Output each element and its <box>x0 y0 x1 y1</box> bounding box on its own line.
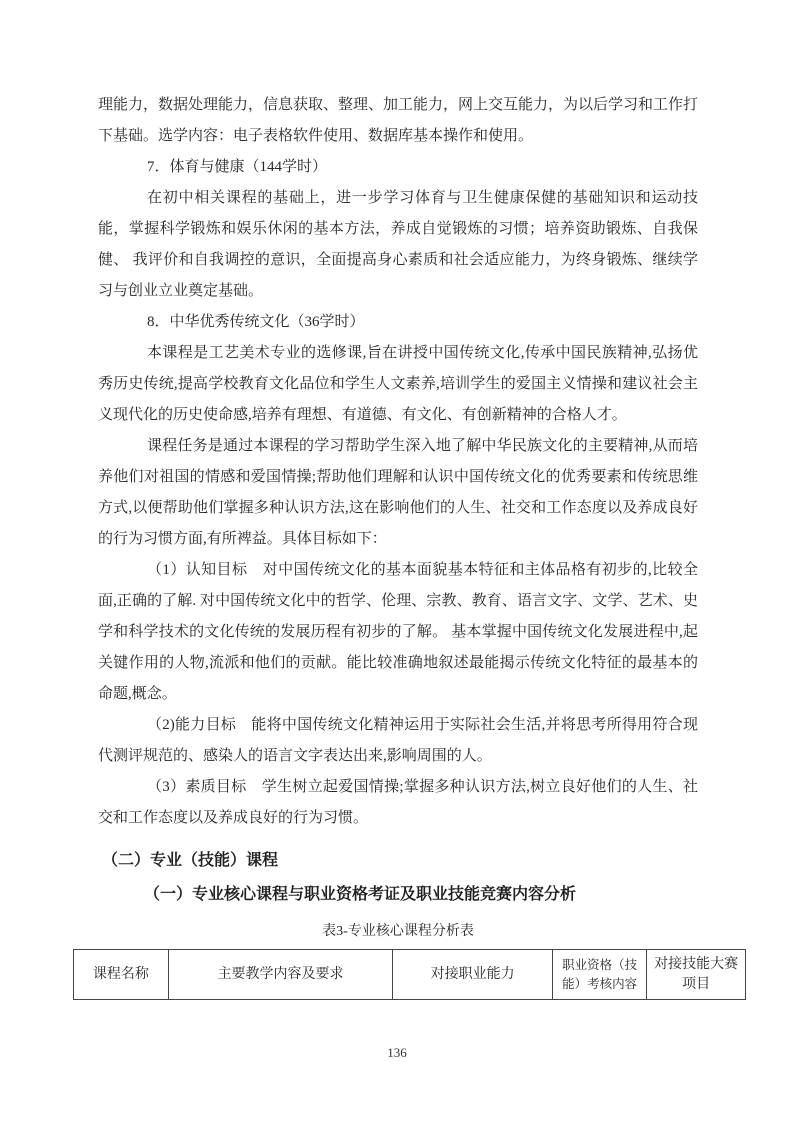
paragraph: 在初中相关课程的基础上，进一步学习体育与卫生健康保健的基础知识和运动技能，掌握科… <box>98 183 698 307</box>
page-number: 136 <box>0 1045 794 1061</box>
paragraph: 本课程是工艺美术专业的选修课,旨在讲授中国传统文化,传承中国民族精神,弘扬优秀历… <box>98 338 698 431</box>
course-item-8-title: 8．中华优秀传统文化（36学时） <box>98 307 698 338</box>
paragraph-goal-3: （3）素质目标 学生树立起爱国情操;掌握多种认识方法,树立良好他们的人生、社交和… <box>98 772 698 834</box>
course-item-7-title: 7．体育与健康（144学时） <box>98 152 698 183</box>
subsection-heading: （一）专业核心课程与职业资格考证及职业技能竞赛内容分析 <box>144 877 698 913</box>
core-course-analysis-table: 课程名称 主要教学内容及要求 对接职业能力 职业资格（技能）考核内容 对接技能大… <box>73 949 746 1000</box>
header-qualification-exam: 职业资格（技能）考核内容 <box>553 950 647 1000</box>
table-header-row: 课程名称 主要教学内容及要求 对接职业能力 职业资格（技能）考核内容 对接技能大… <box>74 950 746 1000</box>
header-teaching-content: 主要教学内容及要求 <box>168 950 392 1000</box>
header-vocational-ability: 对接职业能力 <box>393 950 553 1000</box>
paragraph-goal-2: （2)能力目标 能将中国传统文化精神运用于实际社会生活,并将思考所得用符合现代测… <box>98 710 698 772</box>
paragraph-goal-1: （1）认知目标 对中国传统文化的基本面貌基本特征和主体品格有初步的,比较全面,正… <box>98 555 698 710</box>
paragraph: 课程任务是通过本课程的学习帮助学生深入地了解中华民族文化的主要精神,从而培养他们… <box>98 431 698 555</box>
header-course-name: 课程名称 <box>74 950 169 1000</box>
table-caption: 表3-专业核心课程分析表 <box>98 917 698 947</box>
document-page: 理能力，数据处理能力，信息获取、整理、加工能力，网上交互能力，为以后学习和工作打… <box>0 0 794 1123</box>
document-body: 理能力，数据处理能力，信息获取、整理、加工能力，网上交互能力，为以后学习和工作打… <box>98 90 698 1000</box>
header-skill-competition: 对接技能大赛项目 <box>647 950 746 1000</box>
section-heading: （二）专业（技能）课程 <box>102 844 698 877</box>
paragraph-continued: 理能力，数据处理能力，信息获取、整理、加工能力，网上交互能力，为以后学习和工作打… <box>98 90 698 152</box>
